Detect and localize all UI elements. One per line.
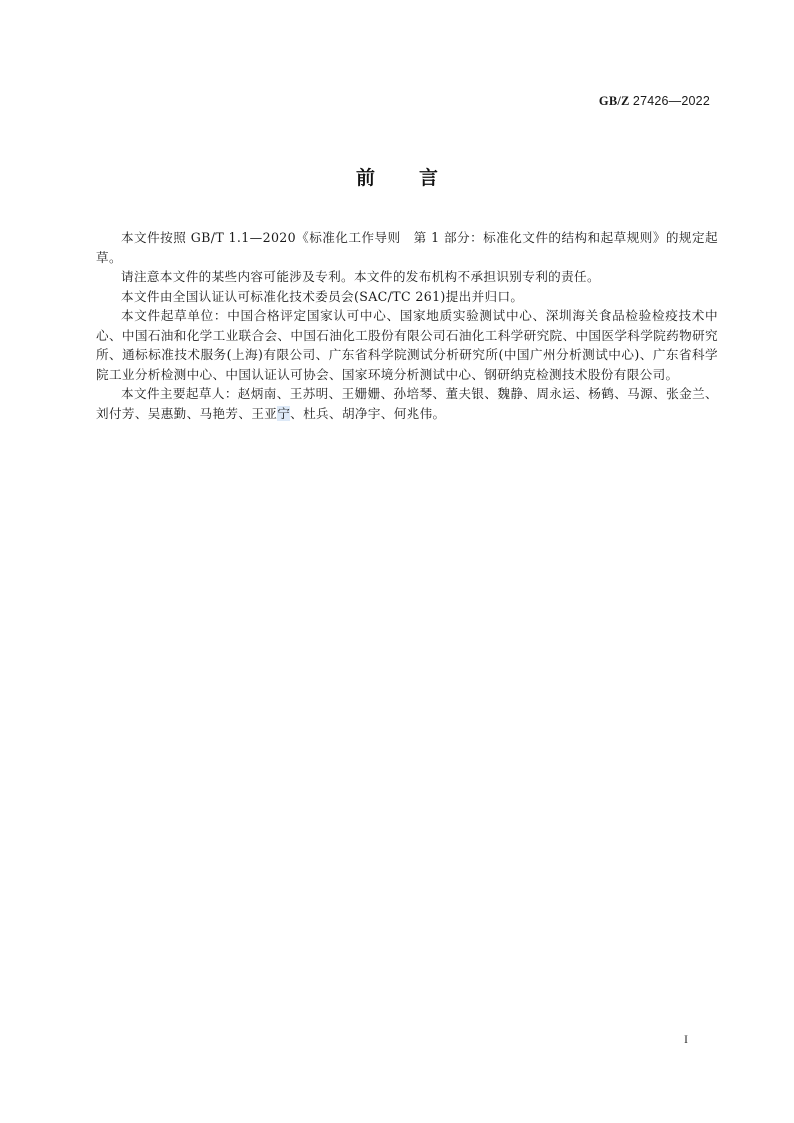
drafters-text-after: 、杜兵、胡净宇、何兆伟。 bbox=[290, 406, 445, 421]
text-selection-highlight[interactable]: 宁 bbox=[277, 406, 290, 421]
standard-prefix: GB/Z bbox=[599, 94, 630, 108]
paragraph-drafters: 本文件主要起草人：赵炳南、王苏明、王姗姗、孙培琴、董夫银、魏静、周永运、杨鹤、马… bbox=[96, 384, 718, 423]
page-number: I bbox=[684, 1032, 688, 1047]
standard-code: GB/Z 27426—2022 bbox=[599, 94, 710, 109]
foreword-body: 本文件按照 GB/T 1.1—2020《标准化工作导则 第 1 部分：标准化文件… bbox=[96, 228, 718, 423]
paragraph-proposer: 本文件由全国认证认可标准化技术委员会(SAC/TC 261)提出并归口。 bbox=[96, 287, 718, 307]
standard-number: 27426—2022 bbox=[633, 94, 710, 108]
paragraph-drafting-rules: 本文件按照 GB/T 1.1—2020《标准化工作导则 第 1 部分：标准化文件… bbox=[96, 228, 718, 267]
paragraph-drafting-units: 本文件起草单位：中国合格评定国家认可中心、国家地质实验测试中心、深圳海关食品检验… bbox=[96, 306, 718, 384]
page-title: 前言 bbox=[0, 163, 794, 190]
paragraph-patent-notice: 请注意本文件的某些内容可能涉及专利。本文件的发布机构不承担识别专利的责任。 bbox=[96, 267, 718, 287]
